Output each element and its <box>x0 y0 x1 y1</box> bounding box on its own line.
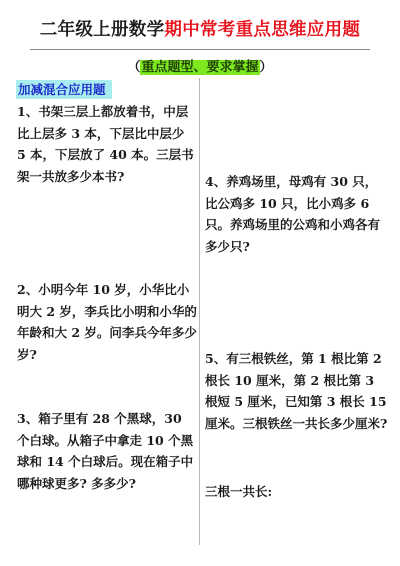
title-divider <box>30 49 370 50</box>
page-subtitle: （重点题型、要求掌握） <box>0 56 400 75</box>
subtitle-open-paren: （ <box>127 60 140 75</box>
page-title: 二年级上册数学期中常考重点思维应用题 <box>0 16 400 41</box>
question-3: 3、箱子里有 28 个黑球，30 个白球。从箱子中拿走 10 个黑球和 14 个… <box>17 408 197 494</box>
question-2: 2、小明今年 10 岁，小华比小明大 2 岁，李兵比小明和小华的年龄和大 2 岁… <box>17 279 197 365</box>
title-grade-part: 二年级上册数学 <box>40 20 165 40</box>
answer-label-q5: 三根一共长: <box>205 482 272 500</box>
subtitle-highlight: 重点题型、要求掌握 <box>140 60 259 75</box>
subtitle-close-paren: ） <box>260 60 273 75</box>
column-divider <box>199 78 200 545</box>
question-5: 5、有三根铁丝，第 1 根比第 2 根长 10 厘米，第 2 根比第 3 根短 … <box>205 348 388 434</box>
section-label: 加减混合应用题 <box>16 80 112 99</box>
title-topic-part: 期中常考重点思维应用题 <box>164 20 360 40</box>
question-1: 1、书架三层上都放着书，中层比上层多 3 本，下层比中层少 5 本，下层放了 4… <box>17 101 197 187</box>
question-4: 4、养鸡场里，母鸡有 30 只，比公鸡多 10 只，比小鸡多 6 只。养鸡场里的… <box>205 171 388 257</box>
